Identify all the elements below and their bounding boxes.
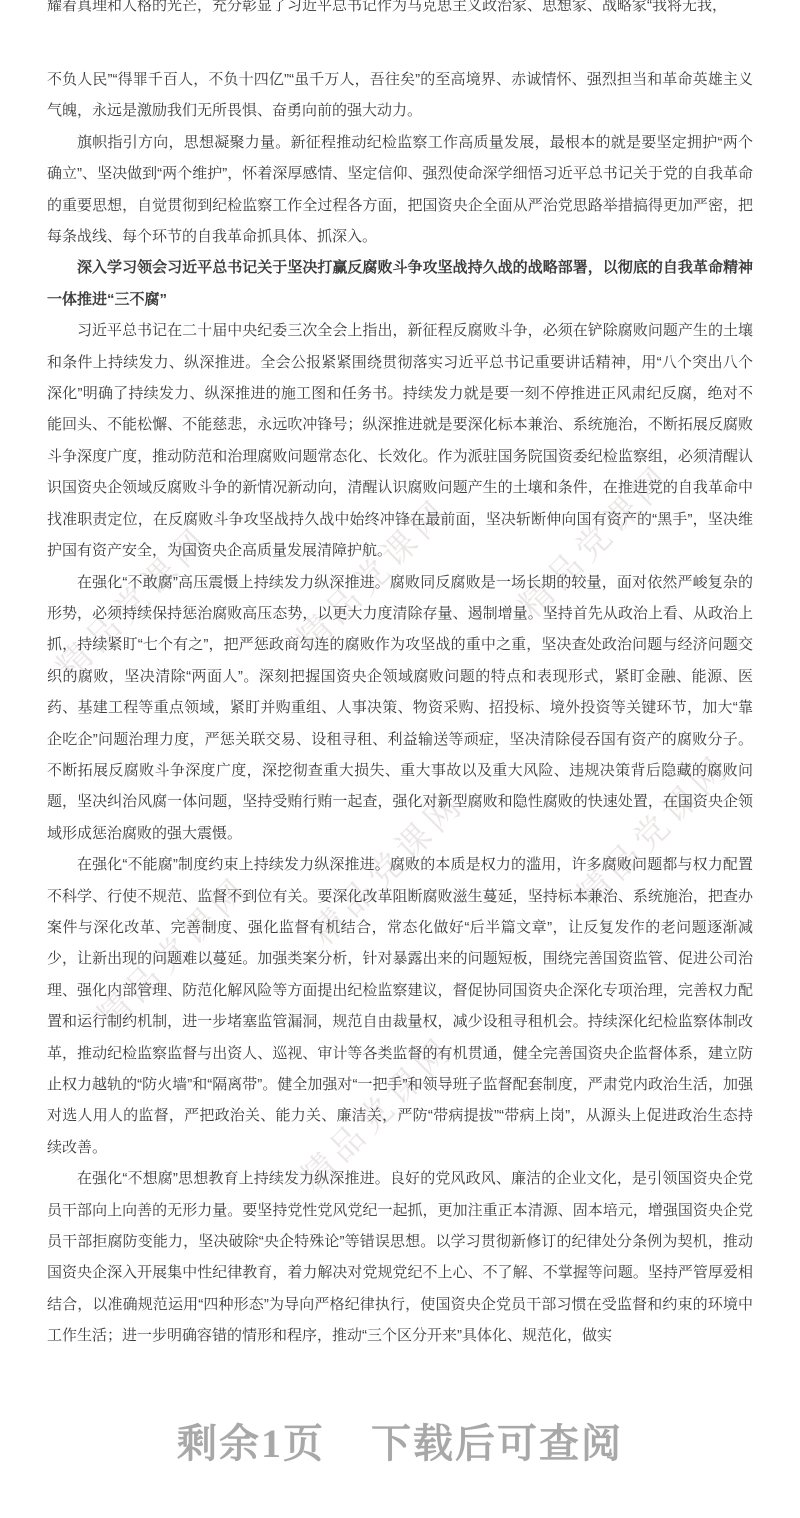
- section-heading: 深入学习领会习近平总书记关于坚决打赢反腐败斗争攻坚战持久战的战略部署，以彻底的自…: [47, 252, 753, 315]
- document-preview-page: { "watermark": { "text": "精品党课网" }, "doc…: [0, 0, 800, 1518]
- clipped-top-line: 耀着真理和人格的光芒，充分彰显了习近平总书记作为马克思主义政治家、思想家、战略家…: [47, 0, 753, 17]
- paragraph: 不负人民”“得罪千百人，不负十四亿”“虽千万人，吾往矣”的至高境界、赤诚情怀、强…: [47, 64, 753, 127]
- document-body: 不负人民”“得罪千百人，不负十四亿”“虽千万人，吾往矣”的至高境界、赤诚情怀、强…: [47, 64, 753, 1352]
- paragraph: 旗帜指引方向，思想凝聚力量。新征程推动纪检监察工作高质量发展，最根本的就是要坚定…: [47, 127, 753, 253]
- remaining-pages-label: 剩余1页: [177, 1421, 325, 1466]
- download-hint-label: 下载后可查阅: [371, 1421, 623, 1466]
- paragraph: 习近平总书记在二十届中央纪委三次全会上指出，新征程反腐败斗争，必须在铲除腐败问题…: [47, 315, 753, 566]
- paragraph: 在强化“不敢腐”高压震慑上持续发力纵深推进。腐败同反腐败是一场长期的较量，面对依…: [47, 567, 753, 850]
- clipped-line-text: 耀着真理和人格的光芒，充分彰显了习近平总书记作为马克思主义政治家、思想家、战略家…: [47, 0, 753, 13]
- preview-footer: 剩余1页下载后可查阅: [0, 1412, 800, 1469]
- document-page: 耀着真理和人格的光芒，充分彰显了习近平总书记作为马克思主义政治家、思想家、战略家…: [47, 0, 753, 1352]
- paragraph: 在强化“不能腐”制度约束上持续发力纵深推进。腐败的本质是权力的滥用，许多腐败问题…: [47, 849, 753, 1163]
- paragraph: 在强化“不想腐”思想教育上持续发力纵深推进。良好的党风政风、廉洁的企业文化，是引…: [47, 1163, 753, 1351]
